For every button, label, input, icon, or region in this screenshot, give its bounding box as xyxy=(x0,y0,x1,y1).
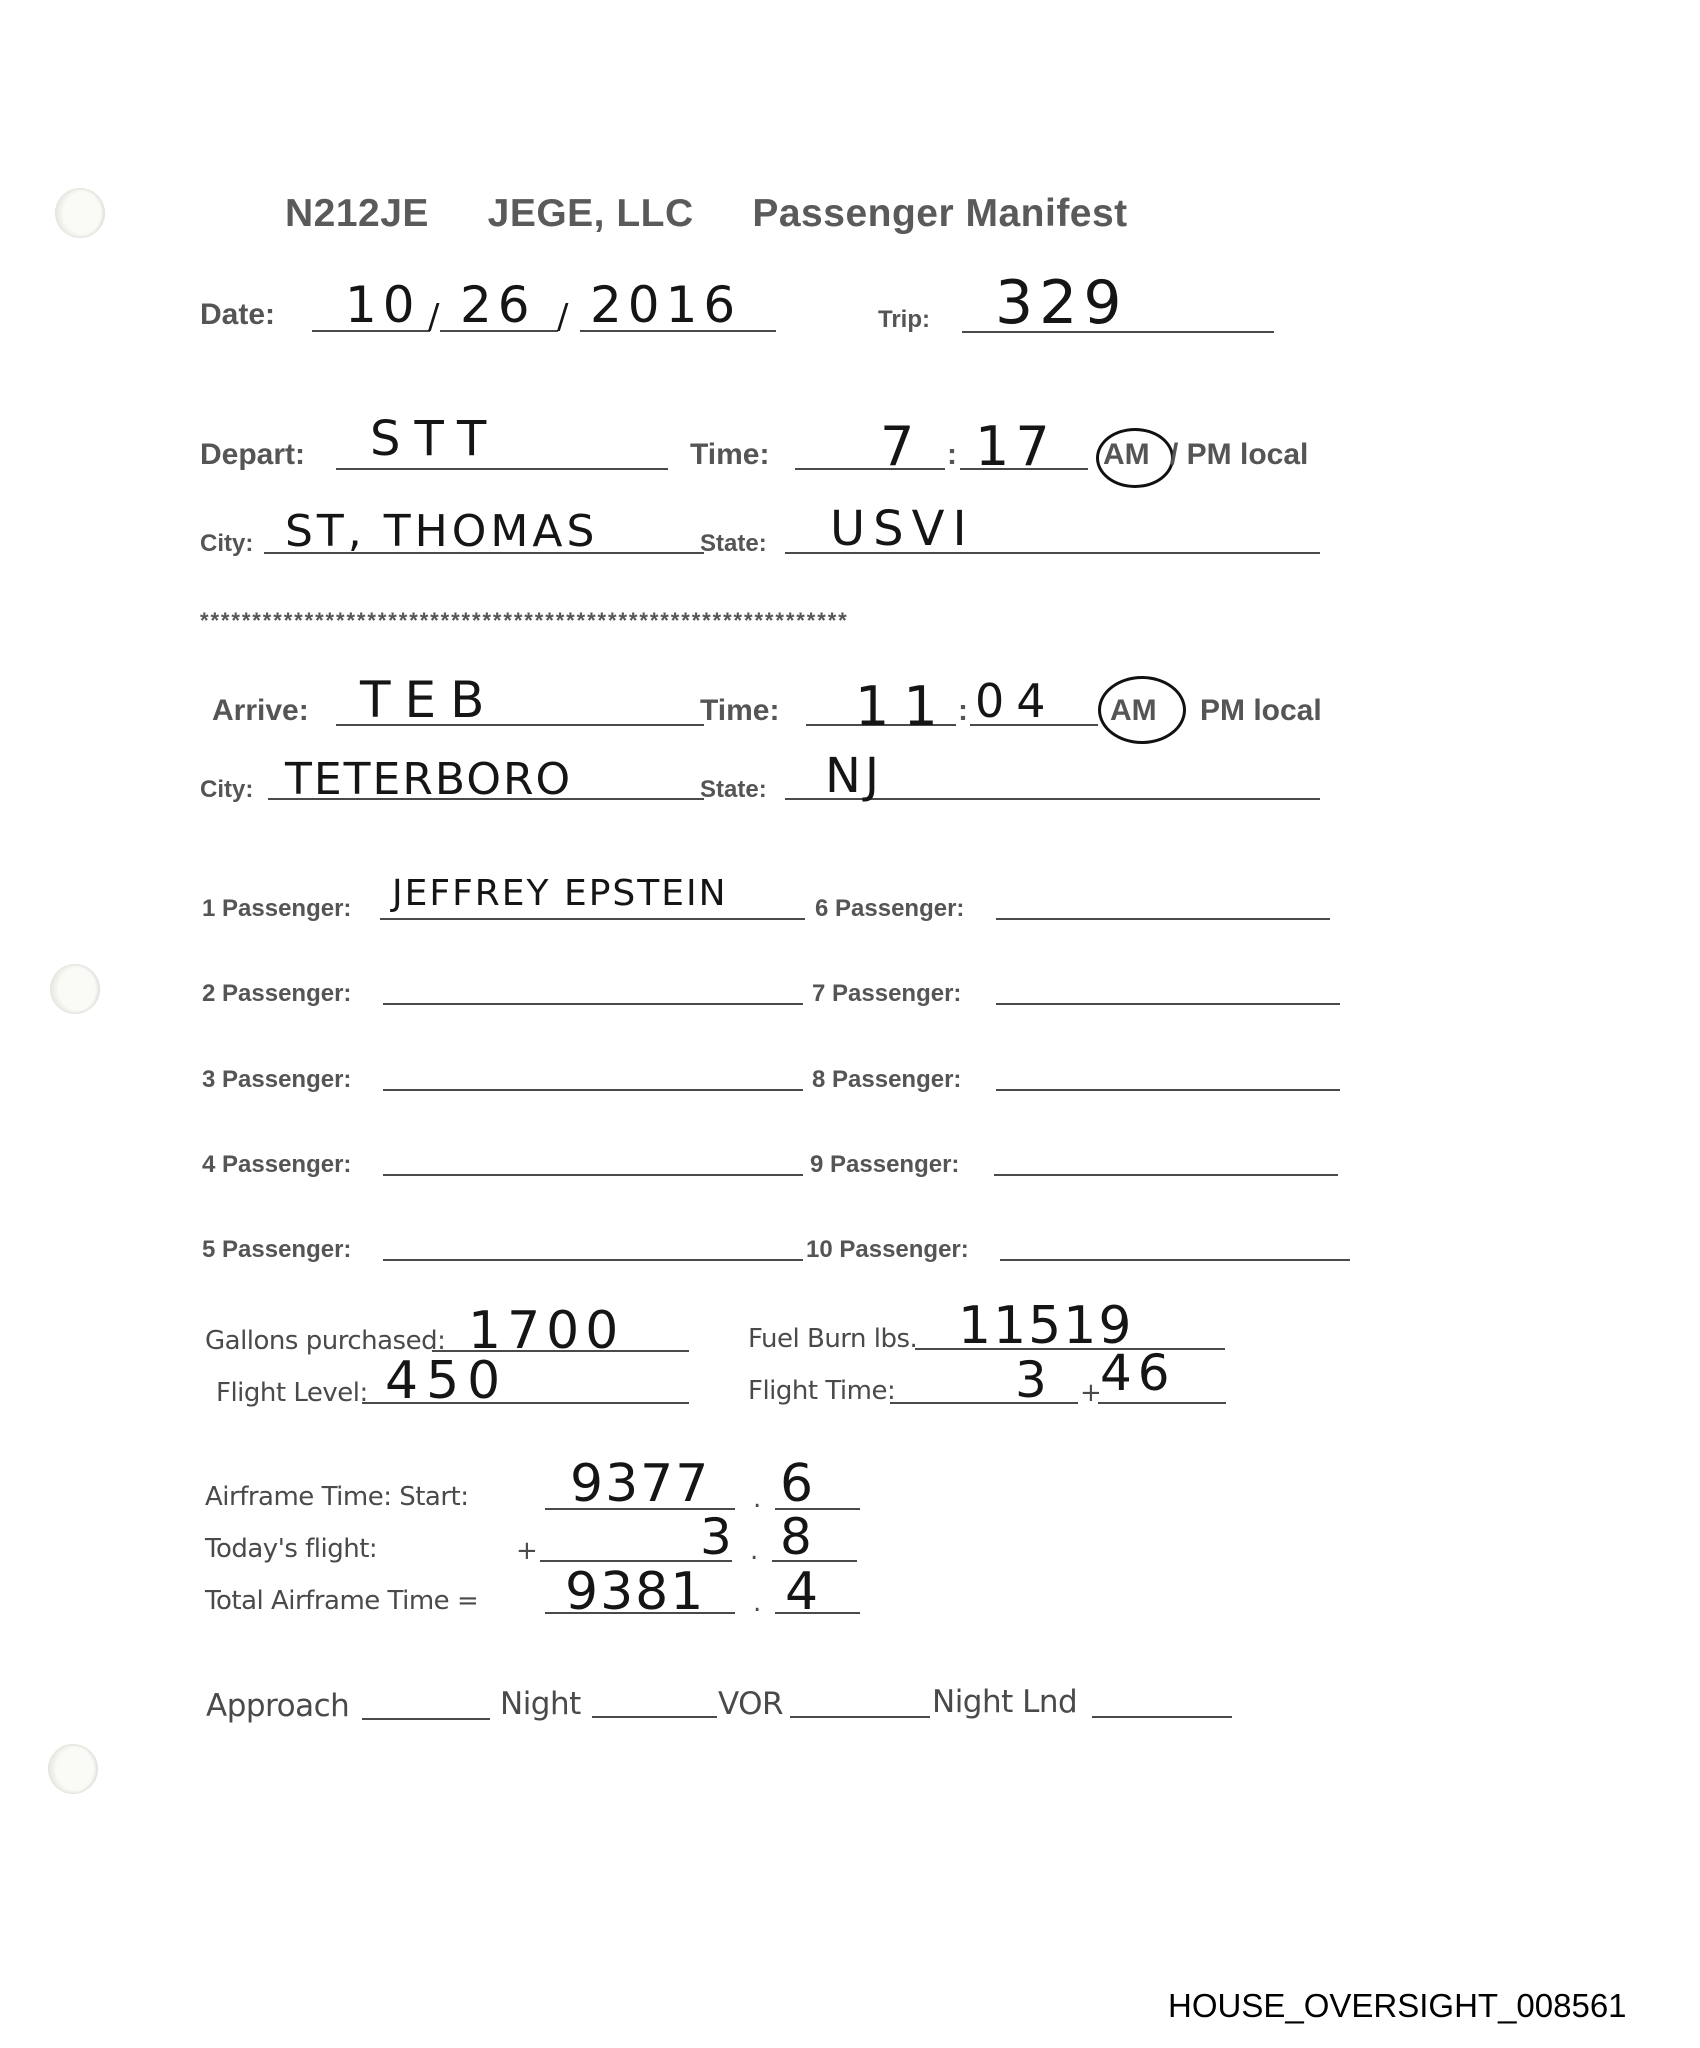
passenger-8-line[interactable] xyxy=(996,1089,1340,1091)
airframe-start-decimal-value: 6 xyxy=(780,1458,819,1510)
passenger-10-label: 10 Passenger: xyxy=(806,1236,969,1264)
approach-label: Approach xyxy=(206,1688,349,1724)
gallons-value: 1700 xyxy=(468,1305,624,1357)
todays-flight-whole-value: 3 xyxy=(700,1512,738,1562)
flight-level-value: 450 xyxy=(385,1355,508,1407)
depart-state-value: USVI xyxy=(830,505,975,553)
passenger-10-line[interactable] xyxy=(1000,1259,1350,1261)
trip-label: Trip: xyxy=(878,306,930,334)
passenger-1-name: JEFFREY EPSTEIN xyxy=(392,876,728,912)
arrive-state-label: State: xyxy=(700,776,767,804)
depart-line[interactable] xyxy=(336,468,668,470)
date-sep-1: / xyxy=(428,300,445,334)
trip-number-value: 329 xyxy=(995,273,1128,333)
total-airframe-whole-value: 9381 xyxy=(565,1566,705,1618)
arrive-time-label: Time: xyxy=(700,694,779,728)
punch-hole-middle xyxy=(50,964,100,1014)
depart-state-label: State: xyxy=(700,530,767,558)
approach-line[interactable] xyxy=(362,1718,490,1720)
flight-level-label: Flight Level: xyxy=(216,1378,368,1408)
passenger-2-line[interactable] xyxy=(383,1003,803,1005)
arrive-city-value: TETERBORO xyxy=(285,758,572,802)
night-lnd-line[interactable] xyxy=(1092,1716,1232,1718)
arrive-city-label: City: xyxy=(200,776,253,804)
depart-airport-value: STT xyxy=(370,415,500,463)
form-title: Passenger Manifest xyxy=(752,192,1127,235)
depart-label: Depart: xyxy=(200,438,305,472)
date-month-value: 10 xyxy=(345,280,421,330)
passenger-9-label: 9 Passenger: xyxy=(810,1151,959,1179)
night-label: Night xyxy=(500,1686,581,1722)
airframe-start-whole-value: 9377 xyxy=(570,1458,710,1510)
fuel-burn-label: Fuel Burn lbs. xyxy=(748,1324,917,1354)
passenger-6-label: 6 Passenger: xyxy=(815,895,964,923)
date-sep-2: / xyxy=(557,300,574,334)
section-separator: ****************************************… xyxy=(200,608,849,634)
depart-am-circle-mark xyxy=(1096,428,1174,488)
todays-flight-decimal-value: 8 xyxy=(780,1512,818,1562)
night-line[interactable] xyxy=(592,1716,717,1718)
passenger-3-label: 3 Passenger: xyxy=(202,1066,351,1094)
company-name: JEGE, LLC xyxy=(488,192,694,235)
depart-city-label: City: xyxy=(200,530,253,558)
night-lnd-label: Night Lnd xyxy=(932,1684,1077,1720)
passenger-5-line[interactable] xyxy=(383,1259,803,1261)
form-header: N212JE JEGE, LLC Passenger Manifest xyxy=(285,192,1128,236)
arrive-minute-value: 04 xyxy=(975,678,1058,724)
arrive-label: Arrive: xyxy=(212,694,309,728)
arrive-pm-option[interactable]: PM local xyxy=(1200,694,1322,728)
passenger-7-line[interactable] xyxy=(996,1003,1340,1005)
depart-minute-value: 17 xyxy=(975,420,1056,474)
passenger-5-label: 5 Passenger: xyxy=(202,1236,351,1264)
flight-time-label: Flight Time: xyxy=(748,1376,895,1406)
passenger-1-line[interactable] xyxy=(380,918,805,920)
todays-flight-dot: . xyxy=(750,1536,758,1566)
depart-hour-value: 7 xyxy=(880,420,920,474)
arrive-hour-value: 11 xyxy=(855,680,952,734)
passenger-6-line[interactable] xyxy=(996,918,1330,920)
date-label: Date: xyxy=(200,298,275,332)
airframe-start-label: Airframe Time: Start: xyxy=(205,1482,469,1512)
depart-time-colon: : xyxy=(947,438,957,472)
date-day-value: 26 xyxy=(460,280,536,330)
flight-time-minutes-line[interactable] xyxy=(1098,1402,1226,1404)
punch-hole-bottom xyxy=(48,1744,98,1794)
todays-flight-label: Today's flight: xyxy=(205,1534,377,1564)
tail-number: N212JE xyxy=(285,192,429,235)
vor-label: VOR xyxy=(718,1686,783,1722)
vor-line[interactable] xyxy=(790,1716,930,1718)
arrive-state-value: NJ xyxy=(825,752,883,800)
arrive-am-circle-mark xyxy=(1098,676,1186,744)
passenger-4-line[interactable] xyxy=(383,1174,803,1176)
arrive-airport-value: TEB xyxy=(360,675,498,725)
depart-city-value: ST, THOMAS xyxy=(285,510,598,554)
passenger-8-label: 8 Passenger: xyxy=(812,1066,961,1094)
arrive-time-colon: : xyxy=(958,694,968,728)
passenger-7-label: 7 Passenger: xyxy=(812,980,961,1008)
passenger-1-label: 1 Passenger: xyxy=(202,895,351,923)
passenger-2-label: 2 Passenger: xyxy=(202,980,351,1008)
date-year-value: 2016 xyxy=(590,280,741,330)
depart-pm-option[interactable]: / PM local xyxy=(1170,438,1308,472)
flight-time-hours-value: 3 xyxy=(1015,1355,1053,1405)
total-airframe-label: Total Airframe Time = xyxy=(205,1586,478,1616)
depart-hour-line[interactable] xyxy=(795,468,945,470)
passenger-3-line[interactable] xyxy=(383,1089,803,1091)
passenger-4-label: 4 Passenger: xyxy=(202,1151,351,1179)
total-airframe-decimal-value: 4 xyxy=(785,1566,824,1618)
total-airframe-dot: . xyxy=(753,1588,761,1618)
todays-flight-plus: + xyxy=(516,1536,537,1566)
depart-time-label: Time: xyxy=(690,438,769,472)
punch-hole-top xyxy=(55,188,105,238)
bates-number: HOUSE_OVERSIGHT_008561 xyxy=(1168,1987,1627,2025)
airframe-start-dot: . xyxy=(753,1484,761,1514)
flight-time-minutes-value: 46 xyxy=(1100,1348,1176,1398)
passenger-9-line[interactable] xyxy=(994,1174,1338,1176)
